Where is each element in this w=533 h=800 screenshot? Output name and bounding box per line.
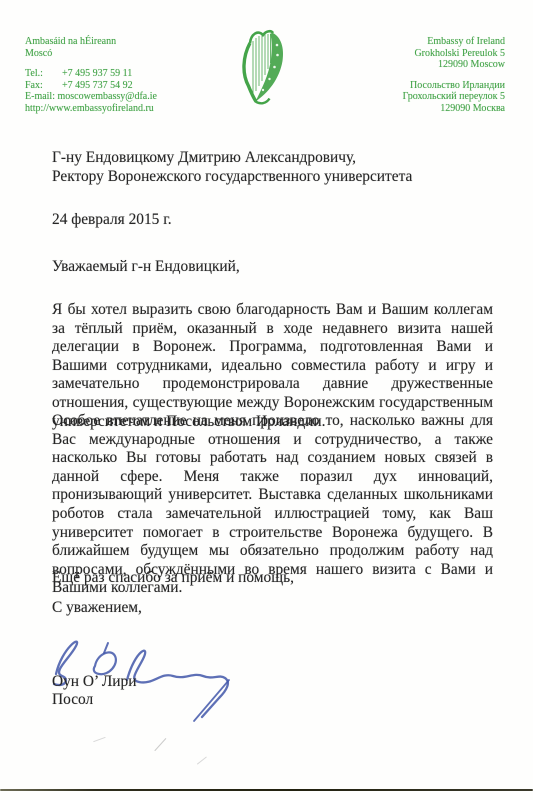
embassy-name-en: Embassy of Ireland (403, 36, 505, 48)
tel-label: Tel.: (25, 68, 62, 80)
recipient-block: Г-ну Ендовицкому Дмитрию Александровичу,… (52, 149, 412, 186)
embassy-street-en: Grokholski Pereulok 5 (403, 48, 505, 60)
date-line: 24 февраля 2015 г. (52, 211, 172, 230)
embassy-city-ru: 129090 Москва (403, 103, 505, 115)
signer-name: Оун О’ Лири (52, 673, 136, 692)
website-line: http://www.embassyofireland.ru (25, 103, 157, 115)
closing-line: С уважением, (52, 599, 142, 618)
letterhead-right: Embassy of Ireland Grokholski Pereulok 5… (403, 36, 505, 115)
scan-artifact (93, 737, 106, 743)
tel-value: +7 495 937 59 11 (62, 68, 132, 80)
irish-harp-icon (240, 27, 288, 105)
recipient-line-2: Ректору Воронежского государственного ун… (52, 168, 412, 187)
letterhead-left: Ambasáid na hÉireann Moscó Tel.: +7 495 … (25, 36, 157, 115)
scan-artifact (197, 756, 207, 764)
recipient-line-1: Г-ну Ендовицкому Дмитрию Александровичу, (52, 149, 412, 168)
fax-value: +7 495 737 54 92 (62, 80, 133, 92)
fax-label: Fax: (25, 80, 62, 92)
embassy-name-ru: Посольство Ирландии (403, 80, 505, 92)
org-city-irish: Moscó (25, 48, 157, 60)
scan-edge-line (0, 789, 533, 791)
email-line: E-mail: moscowembassy@dfa.ie (25, 91, 157, 103)
embassy-city-en: 129090 Moscow (403, 59, 505, 71)
letter-page: Ambasáid na hÉireann Moscó Tel.: +7 495 … (0, 0, 533, 800)
salutation-line: Уважаемый г-н Ендовицкий, (52, 258, 240, 277)
org-name-irish: Ambasáid na hÉireann (25, 36, 157, 48)
scan-artifact (154, 738, 166, 752)
signer-title: Посол (52, 691, 93, 710)
embassy-street-ru: Грохольский переулок 5 (403, 91, 505, 103)
thanks-line: Ещё раз спасибо за приём и помощь, (52, 569, 294, 588)
